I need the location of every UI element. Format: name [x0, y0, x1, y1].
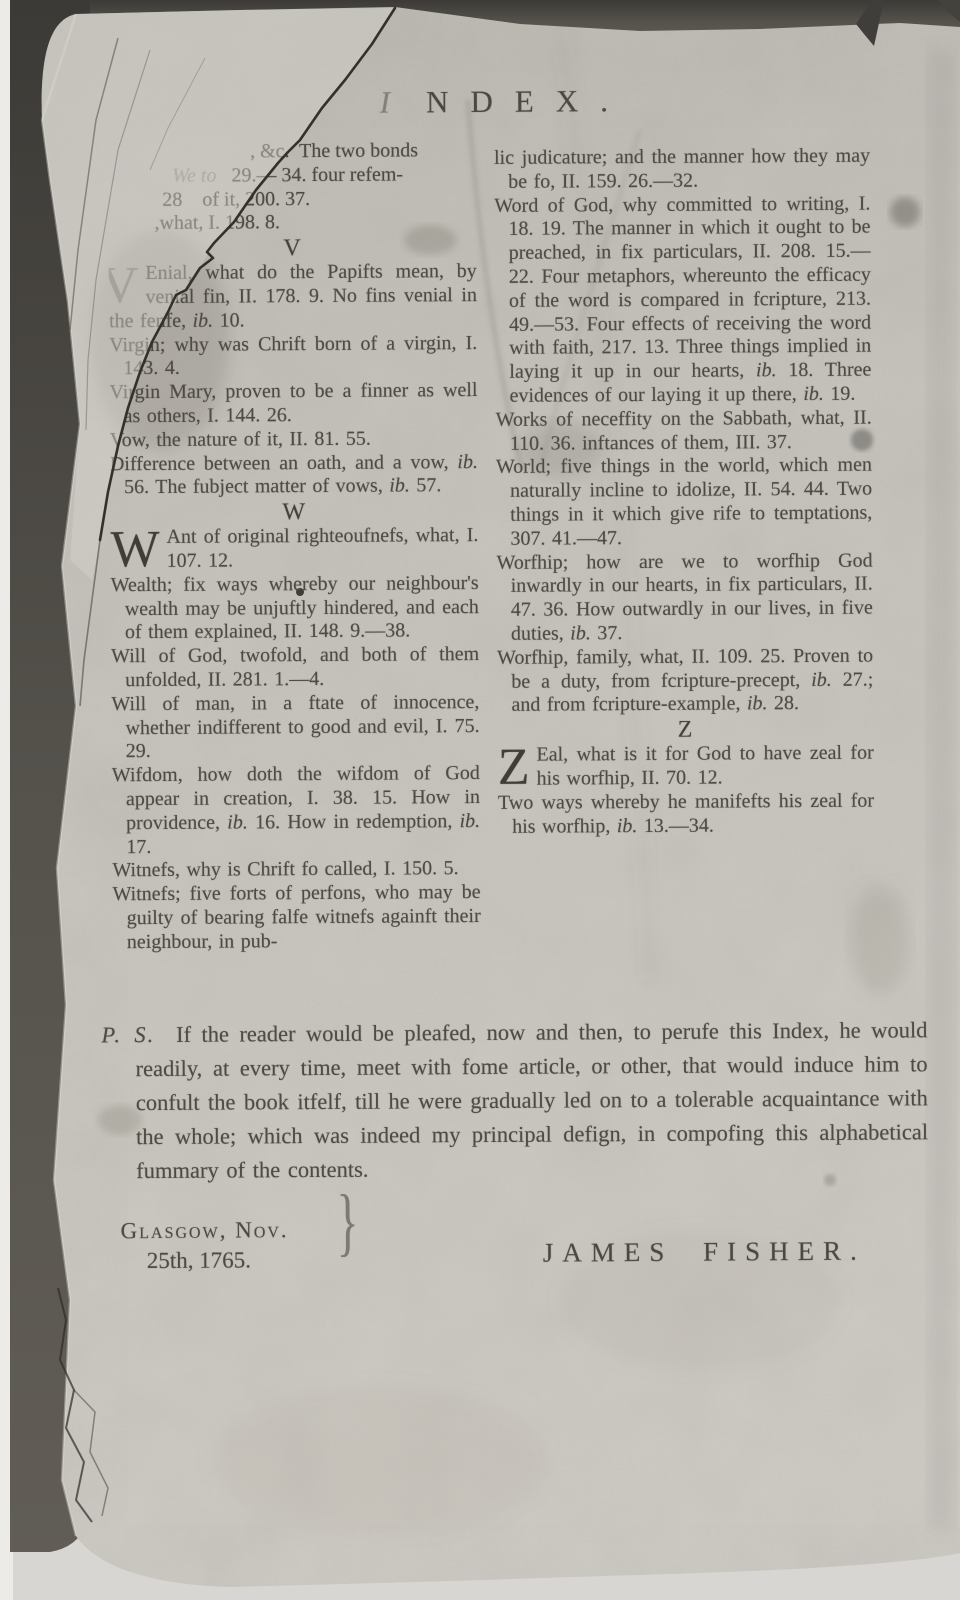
page-title: INDEX.	[380, 83, 630, 121]
index-entry: Two ways whereby he manifefts his zeal f…	[498, 789, 874, 839]
dateline-place: Glasgow, Nov.	[121, 1215, 289, 1246]
ghost-text: We to	[172, 164, 216, 186]
section-heading-v: V	[109, 234, 477, 262]
index-entry: Difference between an oath, and a vow, i…	[110, 451, 478, 501]
index-entry: Worfhip; how are we to worfhip God inwar…	[496, 549, 873, 646]
page-text: INDEX. , &c. The two bonds We to 29.— 34…	[0, 0, 960, 1600]
drop-cap-z: Z	[498, 744, 537, 790]
author-signature: JAMES FISHER.	[543, 1236, 866, 1269]
index-fragment-line: We to 29.— 34. four refem-	[108, 163, 476, 189]
dateline-date: 25th, 1765.	[121, 1245, 289, 1276]
index-entry: WAnt of original righteoufnefs, what, I.…	[110, 524, 478, 574]
drop-cap-v: V	[109, 262, 146, 308]
index-fragment-line: 28 of it, 200. 37.	[108, 187, 476, 213]
index-entry: Vow, the nature of it, II. 81. 55.	[110, 427, 478, 453]
index-entry: Word of God, why committed to writing, I…	[494, 192, 871, 408]
dateline-brace: }	[336, 1207, 358, 1237]
index-fragment-line: ,what, I. 198. 8.	[108, 210, 476, 236]
section-heading-z: Z	[497, 716, 873, 744]
postscript-text: If the reader would be pleafed, now and …	[136, 1017, 929, 1183]
index-entry: Witnefs, why is Chrift fo called, I. 150…	[112, 857, 480, 883]
index-entry: Will of God, twofold, and both of them u…	[111, 643, 479, 693]
index-entry: Works of neceffity on the Sabbath, what,…	[496, 406, 872, 456]
title-rest: NDEX.	[426, 83, 630, 119]
index-entry: Will of man, in a ftate of innocence, wh…	[111, 691, 479, 765]
index-entry: ZEal, what is it for God to have zeal fo…	[498, 742, 874, 792]
drop-cap-w: W	[110, 526, 166, 572]
index-entry: Worfhip, family, what, II. 109. 25. Prov…	[497, 644, 873, 718]
index-entry: Wealth; fix ways whereby our neighbour's…	[111, 572, 479, 646]
section-heading-w: W	[110, 498, 478, 526]
postscript-label: P. S.	[101, 1022, 155, 1047]
index-entry: VEnial, what do the Papifts mean, by ven…	[109, 260, 477, 334]
dateline: Glasgow, Nov. 25th, 1765. }	[121, 1215, 289, 1276]
index-entry: Wifdom, how doth the wifdom of God appea…	[112, 762, 481, 859]
index-entry: Virgin Mary, proven to be a finner as we…	[109, 379, 477, 429]
postscript: P. S. If the reader would be pleafed, no…	[101, 1013, 928, 1188]
index-column-left: , &c. The two bonds We to 29.— 34. four …	[108, 139, 481, 955]
index-column-right: lic judicature; and the manner how they …	[494, 145, 874, 840]
title-initial: I	[380, 84, 413, 119]
index-entry-continuation: lic judicature; and the manner how they …	[494, 145, 870, 195]
index-entry: World; five things in the world, which m…	[496, 454, 873, 551]
index-entry: Virgin; why was Chrift born of a virgin,…	[109, 332, 477, 382]
index-fragment-line: , &c. The two bonds	[108, 139, 476, 165]
scanned-book-page: INDEX. , &c. The two bonds We to 29.— 34…	[0, 0, 960, 1600]
index-entry: Witnefs; five forts of perfons, who may …	[113, 881, 481, 955]
